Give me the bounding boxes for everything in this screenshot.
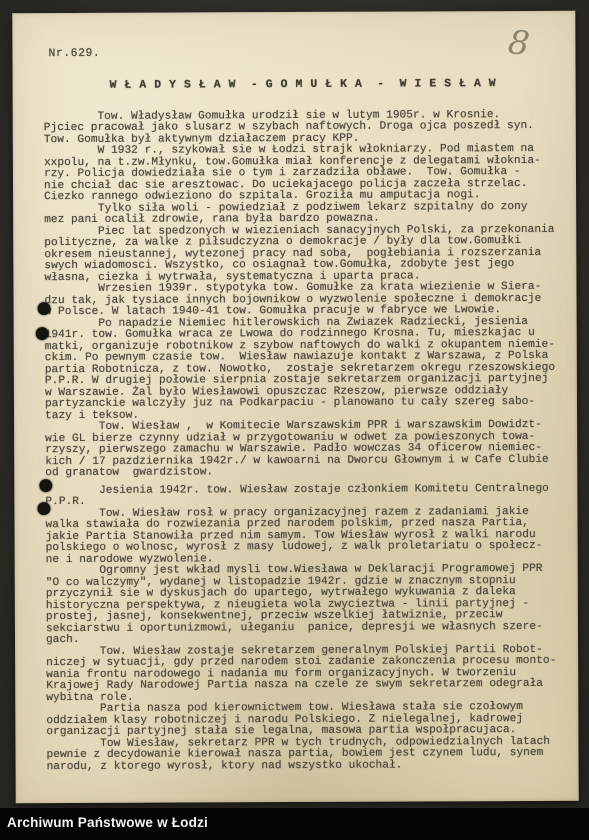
text-line: Jesienia 1942r. tow. Wiesław zostaje czł…: [45, 483, 577, 497]
archive-footer-bar: Archiwum Państwowe w Łodzi: [0, 808, 589, 840]
document-title: W Ł A D Y S Ł A W - G O M U Ł K A - W I …: [110, 79, 576, 93]
hole-punch: [39, 479, 52, 492]
scan-viewport: Nr.629. 8 W Ł A D Y S Ł A W - G O M U Ł …: [0, 0, 589, 840]
hole-punch: [37, 502, 50, 515]
text-line: narodu, z ktorego wyrosł, ktory nad wszy…: [47, 759, 579, 773]
paragraph: Po napadzie Niemiec hitlerowskich na Zwi…: [45, 316, 577, 422]
text-line: partyzanckie walczyły juz na Podkarpaciu…: [45, 397, 577, 411]
document-page: Nr.629. 8 W Ł A D Y S Ł A W - G O M U Ł …: [12, 11, 578, 803]
paragraph: Tow. Wiesław rosł w pracy organizacyjnej…: [45, 506, 577, 566]
paragraph: Tow. Wiesław zostaje sekretarzem general…: [46, 644, 578, 704]
paragraph: Wrzesien 1939r. stypotyka tow. Gomułke z…: [44, 282, 576, 319]
document-body: W Ł A D Y S Ł A W - G O M U Ł K A - W I …: [44, 79, 579, 773]
paragraph: Tylko siła woli - powiedział z podziwem …: [44, 201, 576, 226]
paragraph: Tow Wiesław, sekretarz PPR w tych trudny…: [46, 736, 578, 773]
paragraph: Tow. Władysław Gomułka urodził sie w lut…: [44, 109, 576, 146]
archive-name-label: Archiwum Państwowe w Łodzi: [0, 808, 589, 838]
hole-punch: [36, 327, 49, 340]
paragraph: Jesienia 1942r. tow. Wiesław zostaje czł…: [45, 483, 577, 508]
paragraph: W 1932 r., szykował sie w Łodzi strajk w…: [44, 144, 576, 204]
text-line: sekciarstwu i oportunizmowi, ułeganiu pa…: [46, 621, 578, 635]
document-number: Nr.629.: [48, 47, 100, 60]
handwritten-page-number: 8: [506, 22, 531, 63]
paragraph: Tow. Wiesław , w Komitecie Warszawskim P…: [45, 420, 577, 480]
text-line: Krajowej Rady Narodowej Partia nasza na …: [46, 679, 578, 693]
hole-punch: [38, 302, 51, 315]
paragraph: Partia nasza pod kierownictwem tow. Wies…: [46, 702, 578, 739]
text-line: od granatow gwardzistow.: [45, 466, 577, 480]
paragraph: Piec lat spedzonych w wiezieniach sanacy…: [44, 224, 576, 284]
text-line: polskiego o wolnosc, wyrosł z masy ludow…: [46, 541, 578, 555]
paragraph: Ogromny jest wkład mysli tow.Wiesława w …: [46, 564, 578, 647]
